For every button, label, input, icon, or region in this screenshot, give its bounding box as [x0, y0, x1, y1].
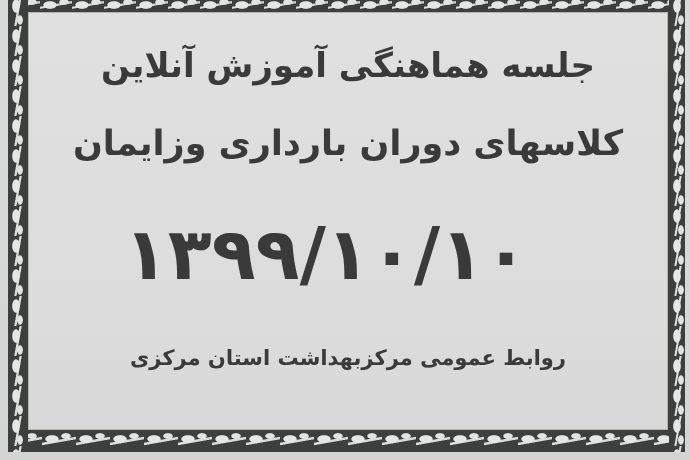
sign-footer: روابط عمومی مرکزبهداشت استان مرکزی	[118, 346, 578, 370]
vine-leaf-border-icon	[8, 430, 685, 452]
vine-leaf-border-icon	[8, 0, 28, 452]
sign-title-line-2: کلاسهای دوران بارداری وزایمان	[68, 124, 628, 164]
sign-title-line-1: جلسه هماهنگی آموزش آنلاین	[98, 46, 598, 86]
vine-leaf-border-icon	[669, 0, 685, 452]
sign-date: ۱۳۹۹/۱۰/۱۰	[148, 212, 528, 296]
sign-paper: جلسه هماهنگی آموزش آنلاین کلاسهای دوران …	[28, 12, 668, 430]
